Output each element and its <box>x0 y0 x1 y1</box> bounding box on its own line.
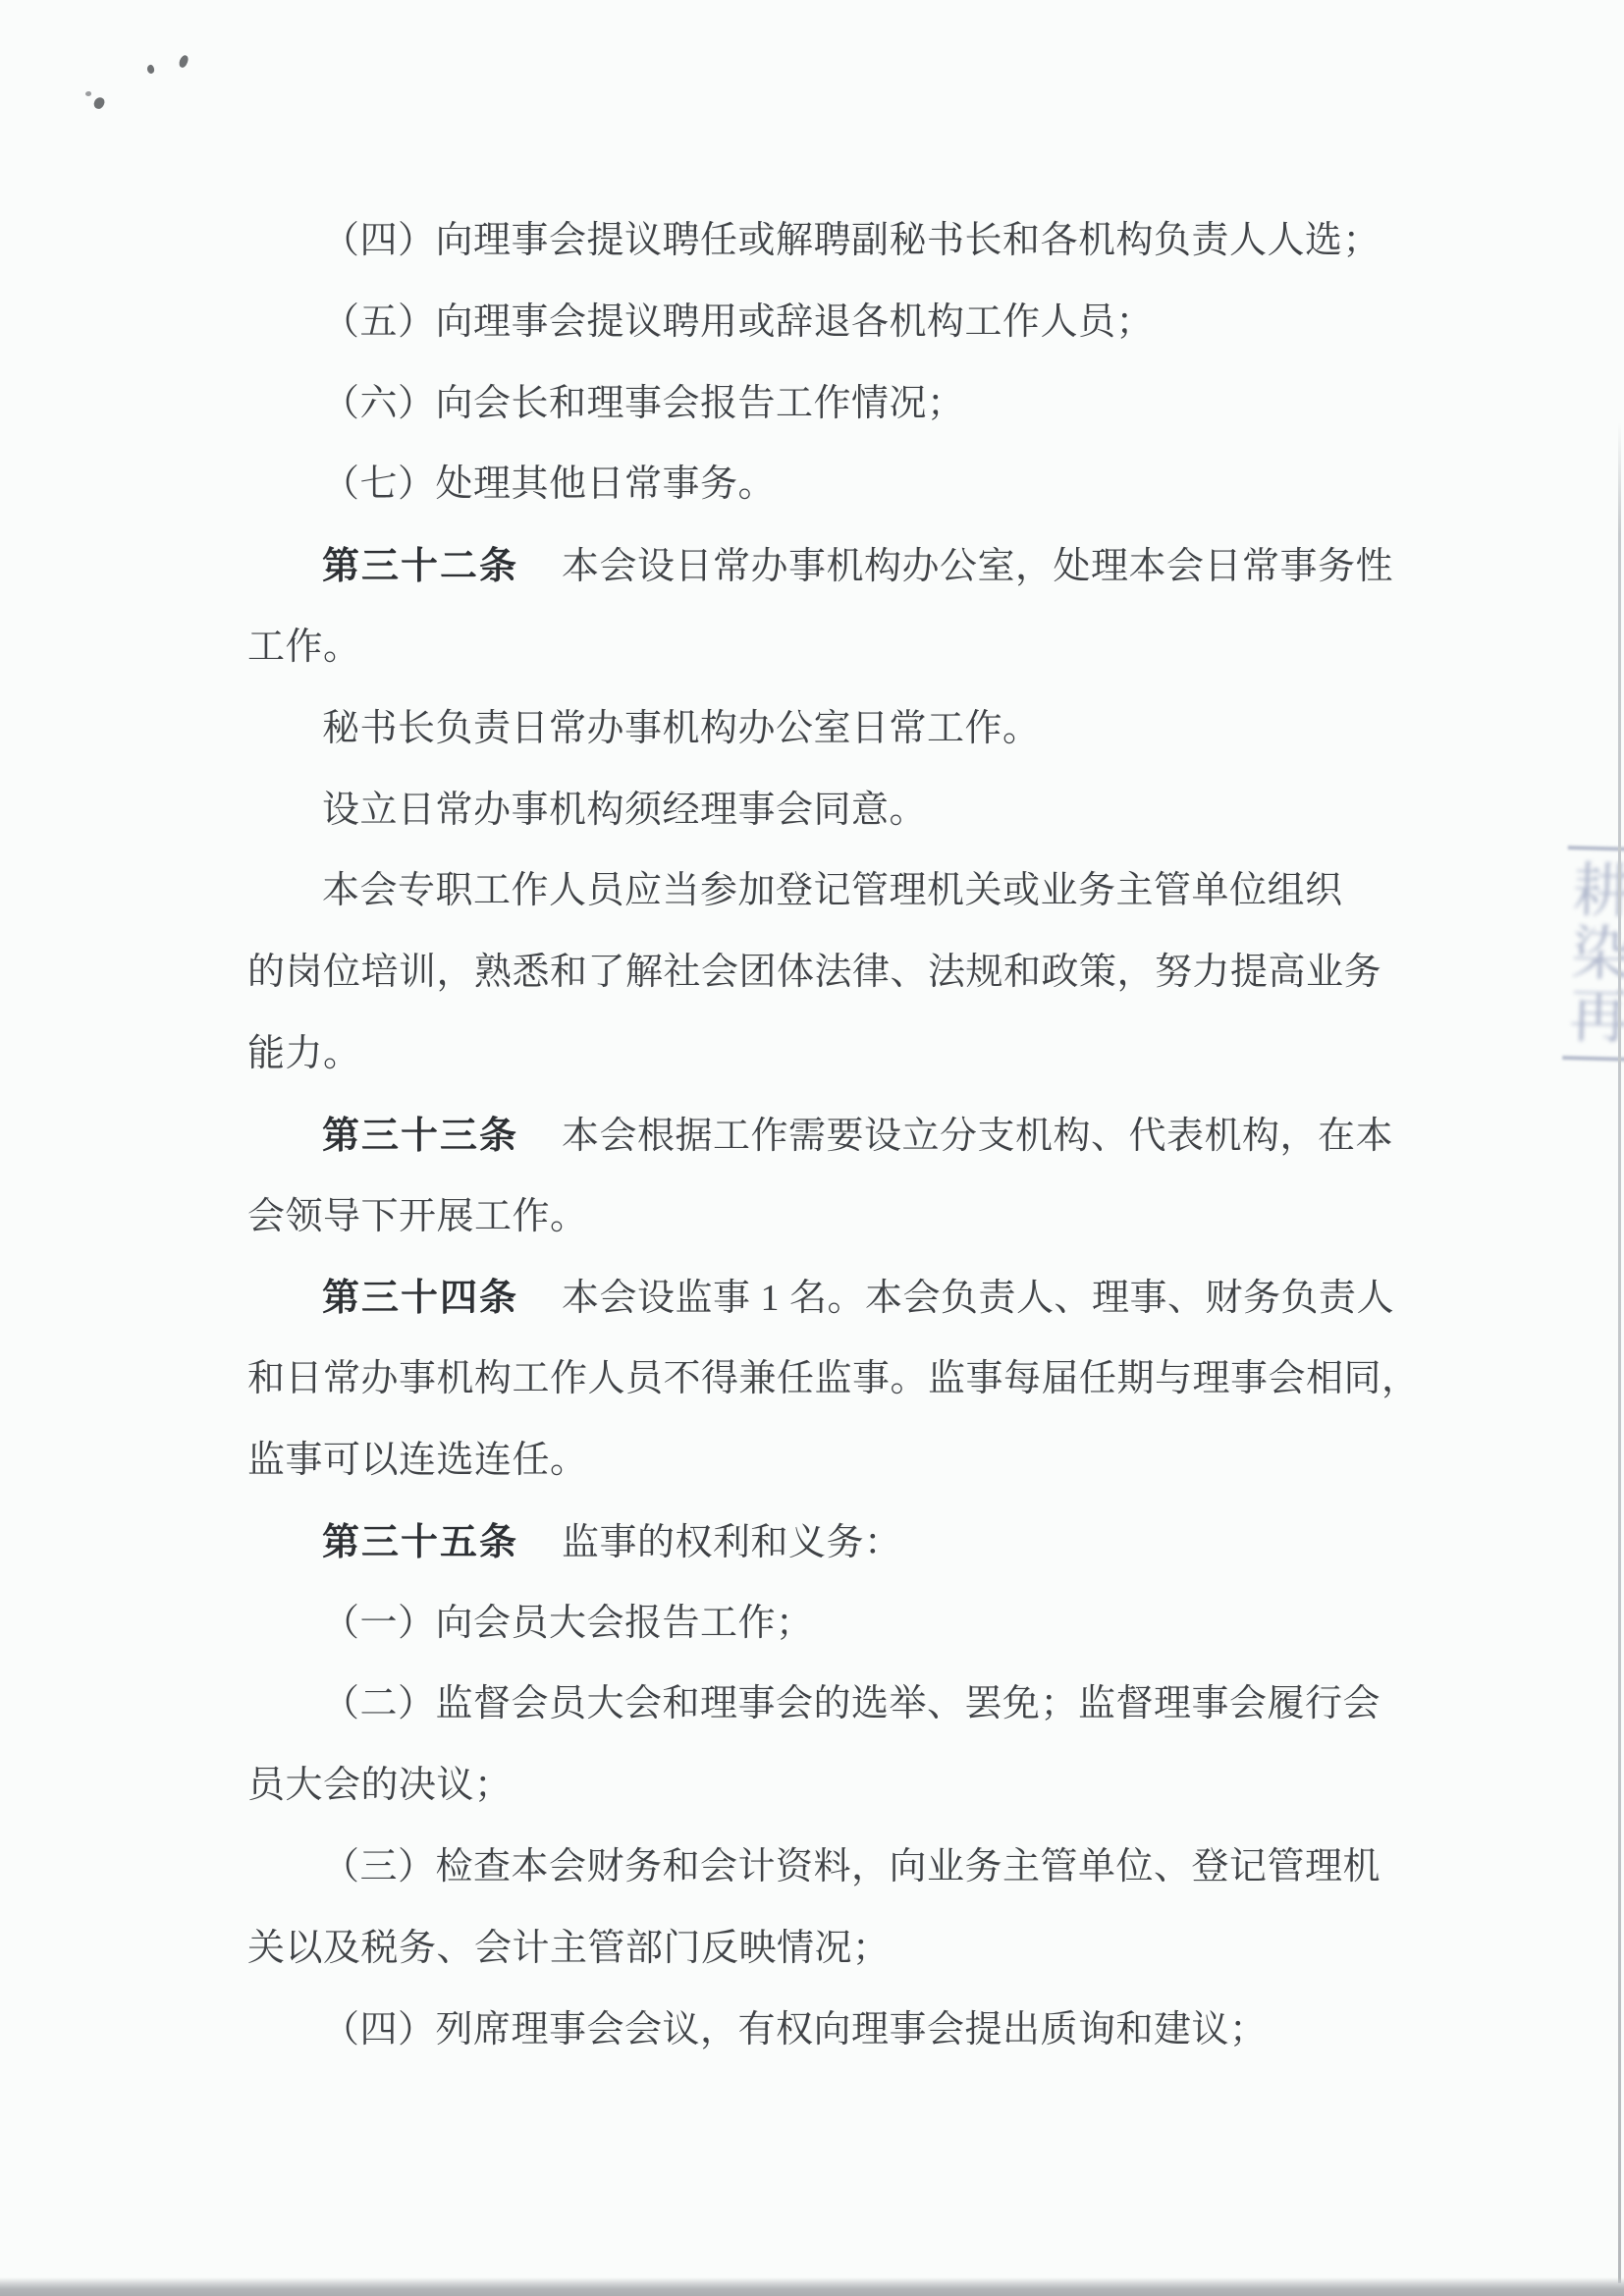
line-text: （五）向理事会提议聘用或辞退各机构工作人员； <box>322 301 1154 343</box>
text-line: 秘书长负责日常办事机构办公室日常工作。 <box>247 688 1475 770</box>
line-text: 秘书长负责日常办事机构办公室日常工作。 <box>322 708 1041 749</box>
text-line: 会领导下开展工作。 <box>247 1176 1475 1258</box>
text-line: 和日常办事机构工作人员不得兼任监事。监事每届任期与理事会相同， <box>247 1339 1475 1420</box>
text-line: （二）监督会员大会和理事会的选举、罢免；监督理事会履行会 <box>247 1664 1475 1745</box>
seal-fragment: 耕染再 <box>1562 844 1624 1067</box>
seal-glyphs: 耕染再 <box>1569 859 1624 1050</box>
line-text: 本会专职工作人员应当参加登记管理机关或业务主管单位组织 <box>322 870 1343 911</box>
text-line: （七）处理其他日常事务。 <box>247 444 1475 525</box>
line-text: （三）检查本会财务和会计资料，向业务主管单位、登记管理机 <box>322 1846 1380 1887</box>
article-number: 第三十四条 <box>322 1276 518 1319</box>
seal-glyph: 耕 <box>1572 859 1624 924</box>
line-text: （六）向会长和理事会报告工作情况； <box>322 383 965 424</box>
article-number: 第三十五条 <box>322 1520 518 1563</box>
article-number: 第三十二条 <box>322 544 518 587</box>
text-line: 员大会的决议； <box>247 1745 1475 1827</box>
article-heading-line: 第三十五条监事的权利和义务： <box>247 1502 1475 1583</box>
line-text: （七）处理其他日常事务。 <box>322 464 776 505</box>
article-heading-line: 第三十三条本会根据工作需要设立分支机构、代表机构，在本 <box>247 1095 1475 1176</box>
scan-edge-right <box>1618 422 1621 2296</box>
text-line: 工作。 <box>247 607 1475 688</box>
text-line: 本会专职工作人员应当参加登记管理机关或业务主管单位组织 <box>247 850 1475 932</box>
ink-speck <box>146 64 155 75</box>
text-line: （四）向理事会提议聘任或解聘副秘书长和各机构负责人人选； <box>247 200 1475 282</box>
seal-border-bottom <box>1562 1056 1624 1062</box>
text-line: （六）向会长和理事会报告工作情况； <box>247 363 1475 445</box>
line-text: （二）监督会员大会和理事会的选举、罢免；监督理事会履行会 <box>322 1683 1380 1724</box>
line-text: （四）向理事会提议聘任或解聘副秘书长和各机构负责人人选； <box>322 220 1380 261</box>
scanned-document-page: （四）向理事会提议聘任或解聘副秘书长和各机构负责人人选；（五）向理事会提议聘用或… <box>0 0 1624 2296</box>
scan-edge-bottom <box>0 2283 1624 2296</box>
line-text: 能力。 <box>247 1033 361 1074</box>
line-text: 工作。 <box>247 627 361 668</box>
text-block: （四）向理事会提议聘任或解聘副秘书长和各机构负责人人选；（五）向理事会提议聘用或… <box>247 200 1475 2070</box>
ink-speck <box>92 95 106 110</box>
line-text: 的岗位培训，熟悉和了解社会团体法律、法规和政策，努力提高业务 <box>247 952 1381 993</box>
article-heading-line: 第三十四条本会设监事 1 名。本会负责人、理事、财务负责人 <box>247 1257 1475 1339</box>
text-line: 监事可以连选连任。 <box>247 1420 1475 1502</box>
line-text: 和日常办事机构工作人员不得兼任监事。监事每届任期与理事会相同， <box>247 1358 1420 1399</box>
text-line: 能力。 <box>247 1013 1475 1095</box>
text-line: （三）检查本会财务和会计资料，向业务主管单位、登记管理机 <box>247 1827 1475 1908</box>
text-line: （四）列席理事会会议，有权向理事会提出质询和建议； <box>247 1990 1475 2071</box>
line-text: 本会设监事 1 名。本会负责人、理事、财务负责人 <box>562 1278 1394 1319</box>
article-number: 第三十三条 <box>322 1114 518 1157</box>
ink-speck <box>178 54 189 69</box>
line-text: 会领导下开展工作。 <box>247 1196 588 1237</box>
text-line: 关以及税务、会计主管部门反映情况； <box>247 1908 1475 1990</box>
line-text: 监事可以连选连任。 <box>247 1440 588 1481</box>
ink-speck <box>85 91 91 96</box>
line-text: （一）向会员大会报告工作； <box>322 1603 814 1644</box>
line-text: 关以及税务、会计主管部门反映情况； <box>247 1928 891 1969</box>
line-text: 员大会的决议； <box>247 1765 513 1806</box>
text-line: （五）向理事会提议聘用或辞退各机构工作人员； <box>247 282 1475 363</box>
text-line: （一）向会员大会报告工作； <box>247 1583 1475 1665</box>
line-text: （四）列席理事会会议，有权向理事会提出质询和建议； <box>322 2009 1268 2050</box>
article-heading-line: 第三十二条本会设日常办事机构办公室，处理本会日常事务性 <box>247 525 1475 607</box>
seal-glyph: 再 <box>1569 985 1624 1050</box>
seal-border-top <box>1568 846 1624 851</box>
line-text: 设立日常办事机构须经理事会同意。 <box>322 790 927 831</box>
line-text: 监事的权利和义务： <box>562 1522 902 1563</box>
line-text: 本会设日常办事机构办公室，处理本会日常事务性 <box>562 546 1393 587</box>
text-line: 的岗位培训，熟悉和了解社会团体法律、法规和政策，努力提高业务 <box>247 932 1475 1013</box>
seal-glyph: 染 <box>1570 922 1624 987</box>
text-line: 设立日常办事机构须经理事会同意。 <box>247 770 1475 851</box>
line-text: 本会根据工作需要设立分支机构、代表机构，在本 <box>562 1116 1393 1157</box>
